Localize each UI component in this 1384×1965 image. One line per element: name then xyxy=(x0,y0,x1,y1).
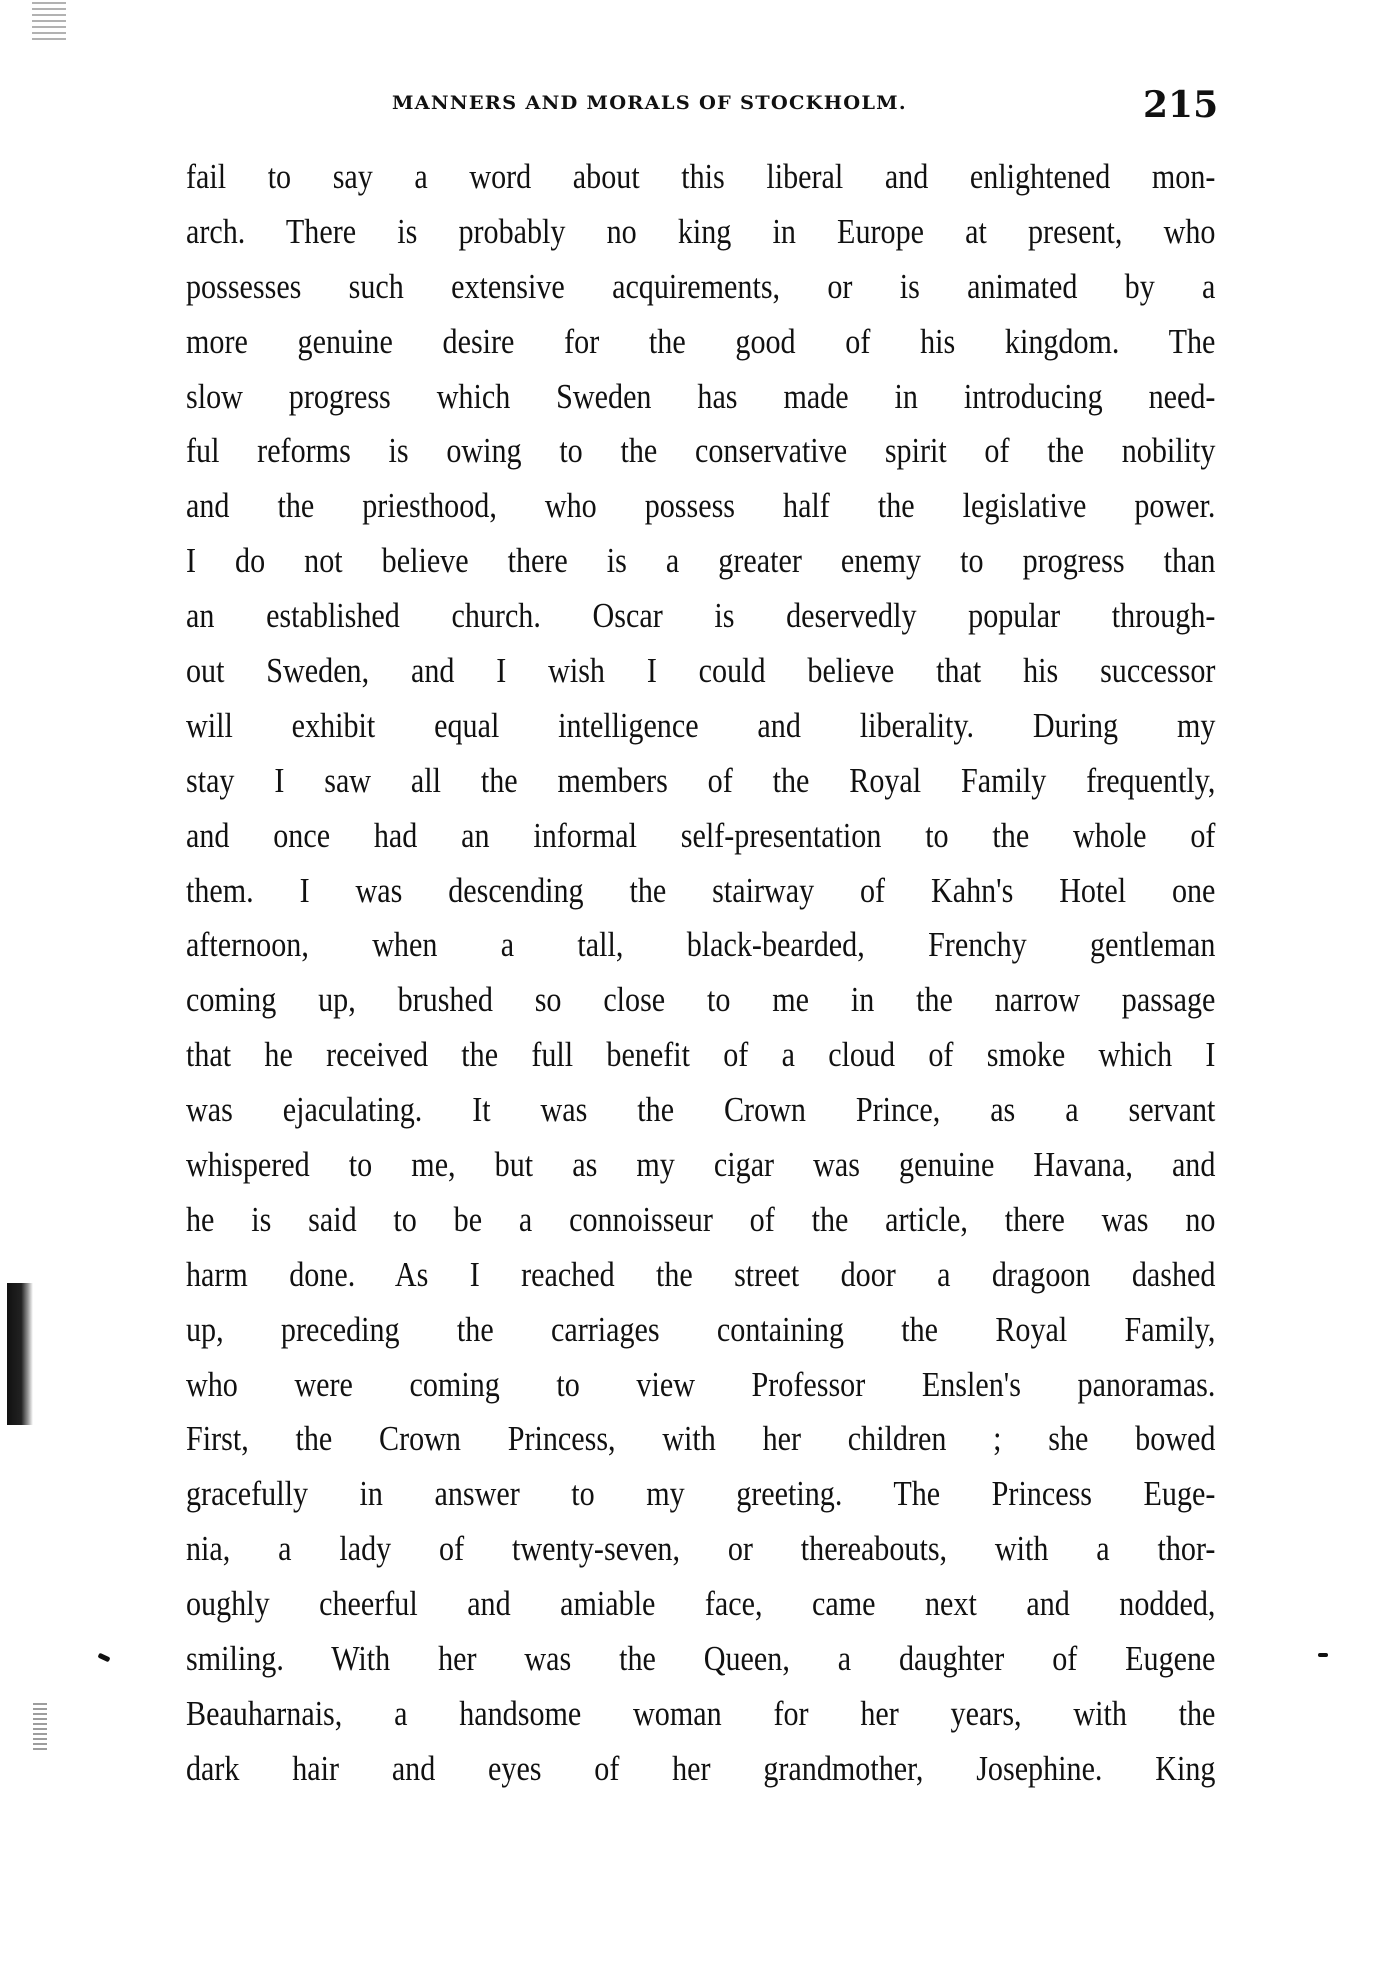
text-line: nia, a lady of twenty-seven, or thereabo… xyxy=(186,1522,1215,1577)
text-line: possesses such extensive acquirements, o… xyxy=(186,260,1215,315)
scan-artifact-top-left xyxy=(32,0,66,40)
text-line: he is said to be a connoisseur of the ar… xyxy=(186,1193,1215,1248)
text-line: I do not believe there is a greater enem… xyxy=(186,534,1215,589)
book-page: MANNERS AND MORALS OF STOCKHOLM. 215 fai… xyxy=(0,0,1384,1965)
scan-artifact-right-mark xyxy=(1318,1653,1328,1657)
page-number: 215 xyxy=(1143,84,1218,126)
text-line: gracefully in answer to my greeting. The… xyxy=(186,1467,1215,1522)
scan-artifact-mark xyxy=(98,1653,111,1663)
text-line: and the priesthood, who possess half the… xyxy=(186,479,1215,534)
text-line: coming up, brushed so close to me in the… xyxy=(186,973,1215,1028)
text-line: harm done. As I reached the street door … xyxy=(186,1248,1215,1303)
text-line: fail to say a word about this liberal an… xyxy=(186,150,1215,205)
text-line: afternoon, when a tall, black-bearded, F… xyxy=(186,918,1215,973)
text-line: stay I saw all the members of the Royal … xyxy=(186,754,1215,809)
text-line: ful reforms is owing to the conservative… xyxy=(186,424,1215,479)
scan-artifact-bottom-left xyxy=(33,1700,47,1750)
text-line: will exhibit equal intelligence and libe… xyxy=(186,699,1215,754)
text-line: smiling. With her was the Queen, a daugh… xyxy=(186,1632,1215,1687)
text-line: out Sweden, and I wish I could believe t… xyxy=(186,644,1215,699)
text-line: was ejaculating. It was the Crown Prince… xyxy=(186,1083,1215,1138)
text-line: dark hair and eyes of her grandmother, J… xyxy=(186,1742,1215,1797)
text-line: First, the Crown Princess, with her chil… xyxy=(186,1412,1215,1467)
text-line: that he received the full benefit of a c… xyxy=(186,1028,1215,1083)
text-line: more genuine desire for the good of his … xyxy=(186,315,1215,370)
text-line: who were coming to view Professor Enslen… xyxy=(186,1358,1215,1413)
text-line: slow progress which Sweden has made in i… xyxy=(186,370,1215,425)
text-line: and once had an informal self-presentati… xyxy=(186,809,1215,864)
text-line: oughly cheerful and amiable face, came n… xyxy=(186,1577,1215,1632)
text-line: up, preceding the carriages containing t… xyxy=(186,1303,1215,1358)
text-line: an established church. Oscar is deserved… xyxy=(186,589,1215,644)
body-text: fail to say a word about this liberal an… xyxy=(186,150,1216,1797)
text-line: arch. There is probably no king in Europ… xyxy=(186,205,1215,260)
text-line: whispered to me, but as my cigar was gen… xyxy=(186,1138,1215,1193)
text-line: Beauharnais, a handsome woman for her ye… xyxy=(186,1687,1215,1742)
scan-artifact-left-margin xyxy=(7,1283,33,1425)
running-head: MANNERS AND MORALS OF STOCKHOLM. xyxy=(392,92,907,114)
text-line: them. I was descending the stairway of K… xyxy=(186,864,1215,919)
